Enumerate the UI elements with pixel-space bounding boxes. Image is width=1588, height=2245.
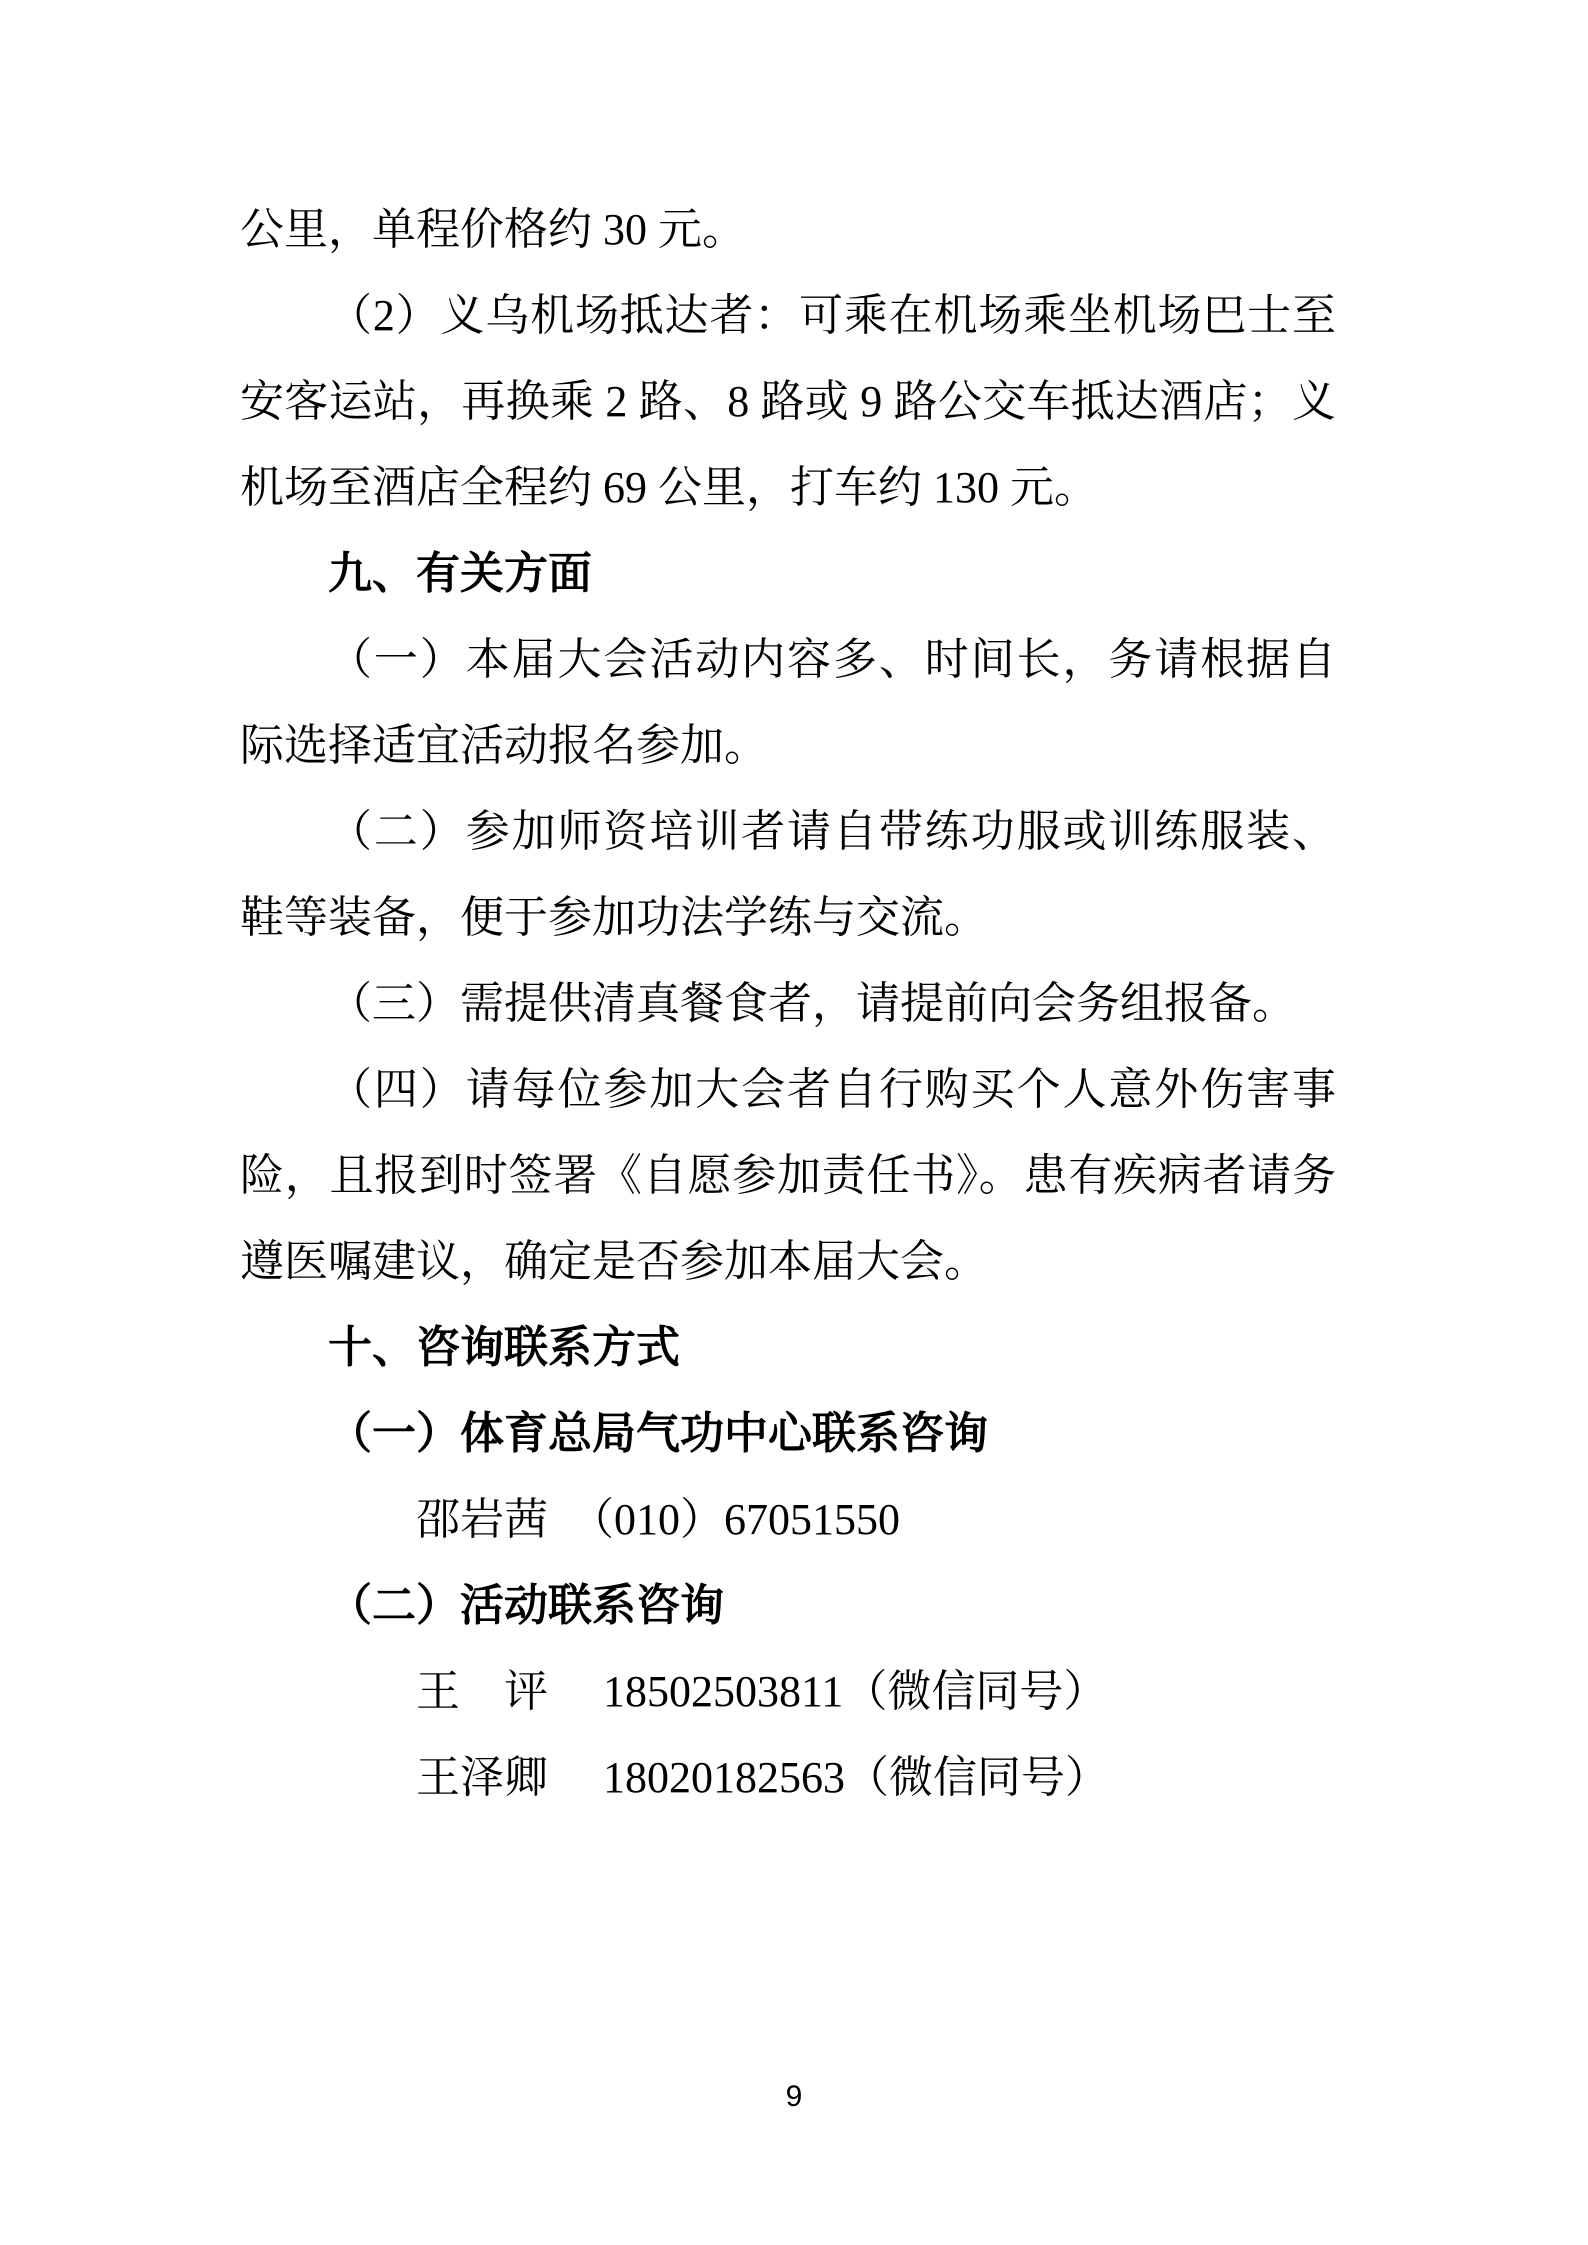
page-number: 9: [0, 2078, 1588, 2116]
body-line: （四）请每位参加大会者自行购买个人意外伤害事故保: [240, 1047, 1336, 1133]
document-body: 公里，单程价格约 30 元。 （2）义乌机场抵达者：可乘在机场乘坐机场巴士至磐 …: [240, 187, 1336, 1821]
body-line: （二）参加师资培训者请自带练功服或训练服装、运动: [240, 789, 1336, 875]
body-line: 安客运站，再换乘 2 路、8 路或 9 路公交车抵达酒店；义乌: [240, 359, 1336, 445]
contact-line: 王 评 18502503811（微信同号）: [240, 1649, 1336, 1735]
contact-line: 王泽卿 18020182563（微信同号）: [240, 1735, 1336, 1821]
contact-group-2-title: （二）活动联系咨询: [240, 1563, 1336, 1649]
body-line: 遵医嘱建议，确定是否参加本届大会。: [240, 1219, 1336, 1305]
body-line: （一）本届大会活动内容多、时间长，务请根据自身实: [240, 617, 1336, 703]
body-line-continuation: 公里，单程价格约 30 元。: [240, 187, 1336, 273]
document-page: 公里，单程价格约 30 元。 （2）义乌机场抵达者：可乘在机场乘坐机场巴士至磐 …: [0, 0, 1588, 2245]
body-line: 险，且报到时签署《自愿参加责任书》。患有疾病者请务必: [240, 1133, 1336, 1219]
body-line: 鞋等装备，便于参加功法学练与交流。: [240, 875, 1336, 961]
contact-group-1-title: （一）体育总局气功中心联系咨询: [240, 1391, 1336, 1477]
section-heading-10: 十、咨询联系方式: [240, 1305, 1336, 1391]
body-line: 际选择适宜活动报名参加。: [240, 703, 1336, 789]
contact-line: 邵岩茜 （010）67051550: [240, 1477, 1336, 1563]
body-line: （三）需提供清真餐食者，请提前向会务组报备。: [240, 961, 1336, 1047]
body-line: 机场至酒店全程约 69 公里，打车约 130 元。: [240, 445, 1336, 531]
section-heading-9: 九、有关方面: [240, 531, 1336, 617]
body-line: （2）义乌机场抵达者：可乘在机场乘坐机场巴士至磐: [240, 273, 1336, 359]
